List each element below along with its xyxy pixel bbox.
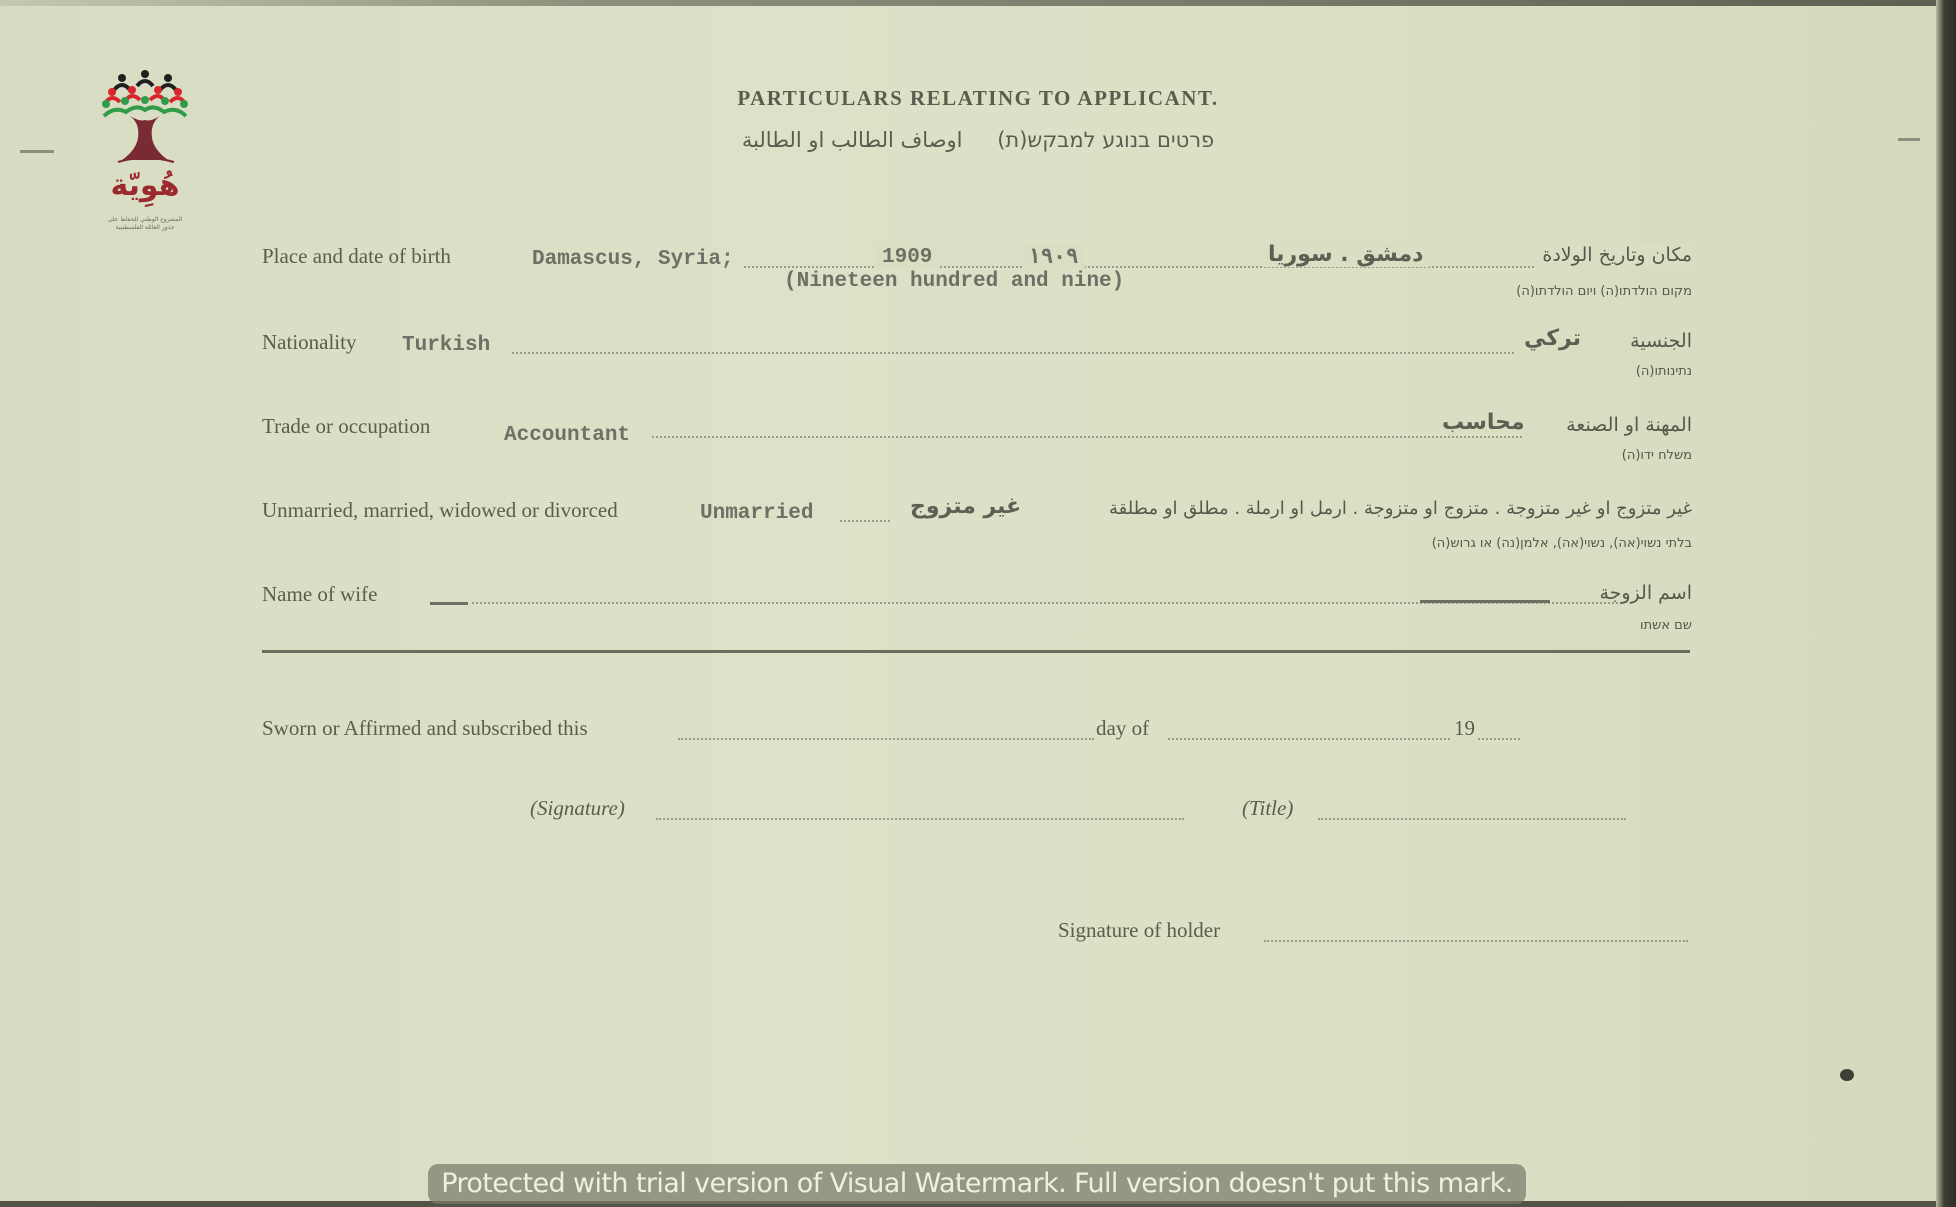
subtitle-hebrew: פרטים בנוגע למבקש(ת) — [997, 128, 1214, 152]
field-row-wife-name: Name of wife اسم الزوجة שם אשתו — [262, 582, 1692, 642]
document-subtitle: פרטים בנוגע למבקש(ת) اوصاف الطالب او الط… — [0, 128, 1956, 152]
dotted-line — [652, 436, 1522, 438]
trial-watermark-banner: Protected with trial version of Visual W… — [428, 1164, 1526, 1204]
birth-year-arabic-numerals: ١٩٠٩ — [1022, 244, 1085, 270]
title-label: (Title) — [1242, 796, 1293, 821]
blank-dash — [430, 602, 468, 605]
marital-label-he: בלתי נשוי(אה), נשוי(אה), אלמן(נה) או גרו… — [1432, 536, 1692, 551]
dotted-line — [840, 520, 890, 522]
occupation-value: Accountant — [504, 424, 630, 447]
document-title: PARTICULARS RELATING TO APPLICANT. — [0, 86, 1956, 111]
birth-label-he: מקום הולדתו(ה) ויום הולדתו(ה) — [1516, 284, 1692, 299]
section-divider — [262, 650, 1690, 653]
wife-label-en: Name of wife — [262, 582, 377, 607]
subtitle-arabic: اوصاف الطالب او الطالبة — [742, 128, 963, 152]
scan-top-edge — [0, 0, 1956, 6]
logo-tagline-line2: جذور العائلة الفلسطينية — [100, 224, 190, 232]
occupation-value-ar: محاسب — [1442, 410, 1525, 435]
field-row-birth: Place and date of birth Damascus, Syria;… — [262, 244, 1692, 304]
birth-year-value: 1909 — [876, 246, 938, 269]
wife-label-ar: اسم الزوجة — [1599, 582, 1692, 604]
marital-value: Unmarried — [700, 502, 813, 525]
logo-tagline-line1: المشروع الوطني للحفاظ على — [100, 216, 190, 224]
birth-place-value: Damascus, Syria; — [532, 248, 734, 271]
day-of-label: day of — [1096, 716, 1149, 741]
nationality-label-ar: الجنسية — [1630, 330, 1692, 352]
occupation-label-ar: المهنة او الصنعة — [1566, 414, 1692, 436]
signature-blank-line — [656, 818, 1184, 820]
occupation-label-en: Trade or occupation — [262, 414, 430, 439]
field-row-occupation: Trade or occupation Accountant محاسب الم… — [262, 414, 1692, 474]
holder-signature-label: Signature of holder — [1058, 918, 1220, 943]
dotted-line — [512, 352, 1514, 354]
birth-place-value-ar: دمشق . سوريا — [1262, 242, 1429, 267]
signature-label: (Signature) — [530, 796, 625, 821]
sworn-label: Sworn or Affirmed and subscribed this — [262, 716, 588, 741]
wife-label-he: שם אשתו — [1640, 618, 1692, 633]
year-prefix: 19 — [1454, 716, 1475, 741]
nationality-value-ar: تركي — [1524, 326, 1581, 351]
field-row-marital-status: Unmarried, married, widowed or divorced … — [262, 498, 1692, 558]
birth-label-ar: مكان وتاريخ الولادة — [1538, 244, 1692, 266]
marital-value-ar: غير متزوج — [910, 494, 1021, 519]
title-blank-line — [1318, 818, 1626, 820]
holder-signature-blank-line — [1264, 940, 1688, 942]
nationality-label-he: נתינותו(ה) — [1636, 364, 1692, 379]
logo-tagline: المشروع الوطني للحفاظ على جذور العائلة ا… — [100, 216, 190, 232]
nationality-value: Turkish — [402, 334, 490, 357]
ink-dot — [1840, 1069, 1854, 1081]
month-blank-line — [1168, 738, 1450, 740]
birth-label-en: Place and date of birth — [262, 244, 451, 269]
occupation-label-he: משלח ידו(ה) — [1622, 448, 1692, 463]
field-row-nationality: Nationality Turkish تركي الجنسية נתינותו… — [262, 330, 1692, 390]
year-blank-line — [1478, 738, 1520, 740]
day-blank-line — [678, 738, 1094, 740]
scan-right-edge — [1936, 0, 1956, 1207]
birth-year-words: (Nineteen hundred and nine) — [784, 270, 1124, 293]
nationality-label-en: Nationality — [262, 330, 356, 355]
marital-label-ar: غير متزوج او غير متزوجة . متزوج او متزوج… — [1109, 498, 1692, 519]
logo-brand-text: هُوِيّة — [100, 168, 190, 203]
marital-label-en: Unmarried, married, widowed or divorced — [262, 498, 618, 523]
blank-dash — [1420, 600, 1550, 603]
family-tree-icon — [100, 68, 190, 168]
